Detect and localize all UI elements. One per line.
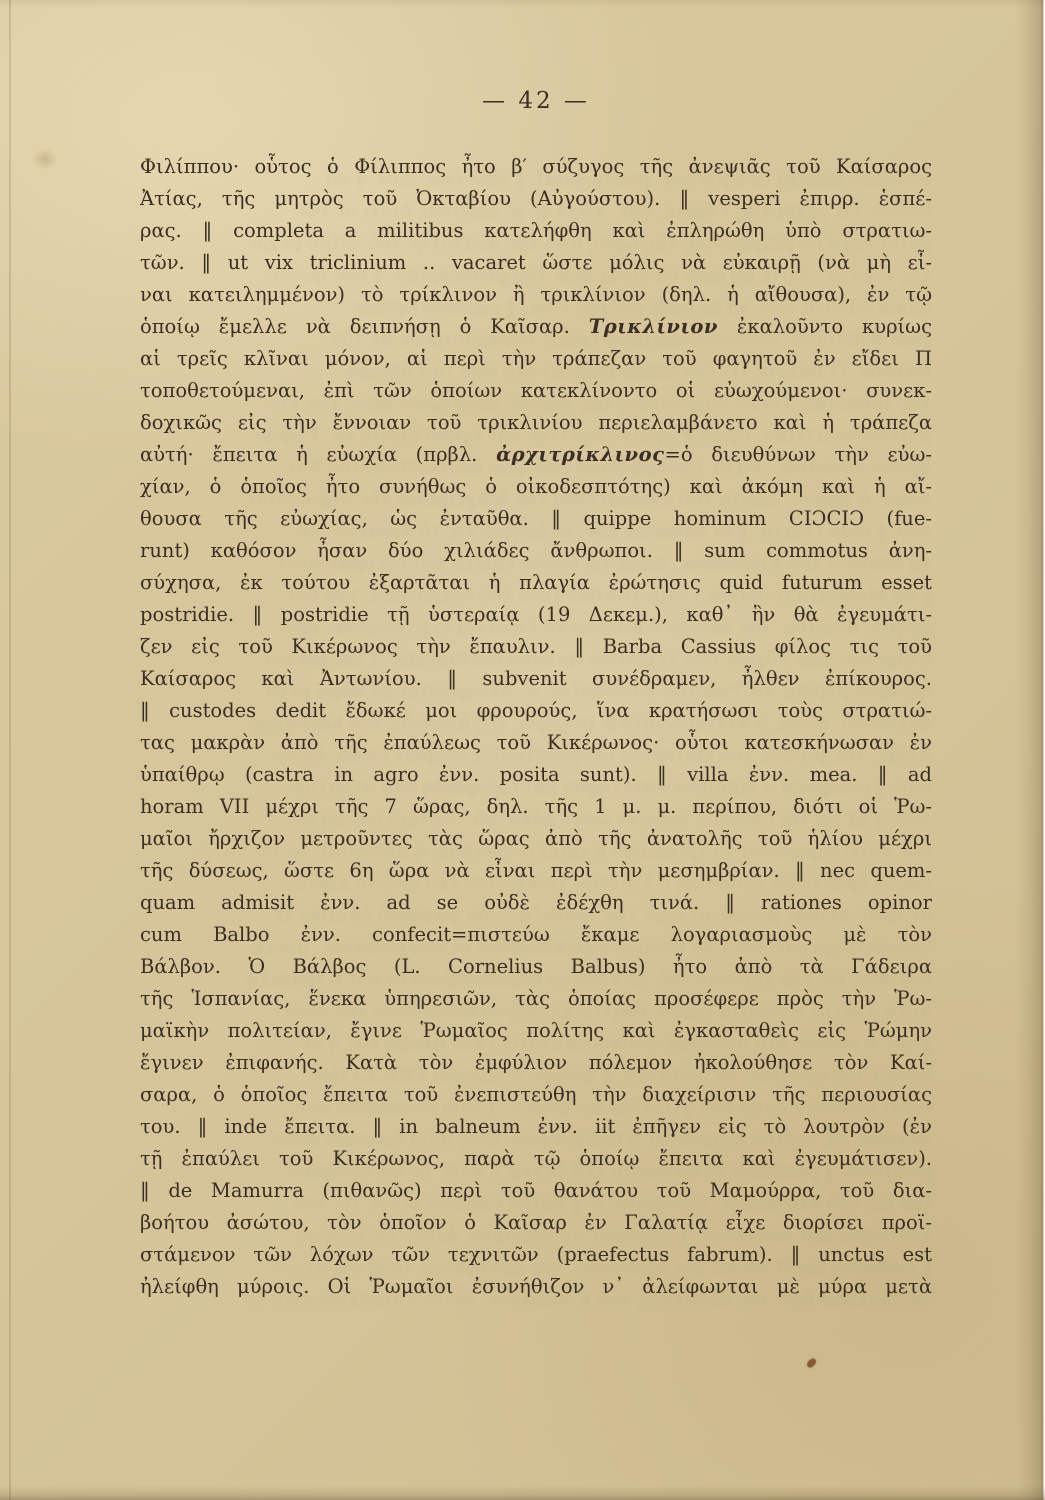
page-top-edge-shadow xyxy=(0,0,1045,8)
text-segment: χίαν, ὁ ὁποῖος ἦτο συνήθως ὁ οἰκοδεσπτότ… xyxy=(140,475,932,498)
text-line: τῶν. ‖ ut vix triclinium .. vacaret ὥστε… xyxy=(140,247,932,279)
text-segment: Ἀτίας, τῆς μητρὸς τοῦ Ὀκταβίου (Αὐγούστο… xyxy=(140,187,932,210)
text-line: σαρα, ὁ ὁποῖος ἔπειτα τοῦ ἐνεπιστεύθη τὴ… xyxy=(140,1079,932,1111)
text-line: σύχησα, ἐκ τούτου ἐξαρτᾶται ἡ πλαγία ἐρώ… xyxy=(140,567,932,599)
text-segment: ρας. ‖ completa a militibus κατελήφθη κα… xyxy=(140,219,932,242)
text-segment: horam VII μέχρι τῆς 7 ὥρας, δηλ. τῆς 1 μ… xyxy=(140,795,932,818)
text-line: του. ‖ inde ἔπειτα. ‖ in balneum ἐνν. ii… xyxy=(140,1111,932,1143)
text-line: θουσα τῆς εὐωχίας, ὡς ἐνταῦθα. ‖ quippe … xyxy=(140,503,932,535)
text-line: τῆς δύσεως, ὥστε 6η ὥρα νὰ εἶναι περὶ τὴ… xyxy=(140,855,932,887)
text-line: μαῖοι ἤρχιζον μετροῦντες τὰς ὥρας ἀπὸ τῆ… xyxy=(140,823,932,855)
book-page: ὑπαίθρῳ (castra in agro ἐνν. posita sunt… xyxy=(0,0,1045,1500)
text-segment: ἠλείφθη μύροις. Οἱ Ῥωμαῖοι ἐσυνήθιζον ν᾽… xyxy=(140,1275,932,1298)
text-segment: ὑπαίθρῳ (castra in agro ἐνν. posita sunt… xyxy=(140,763,932,786)
text-line: αὐτή· ἔπειτα ἡ εὐωχία (πρβλ. ἀρχιτρίκλιν… xyxy=(140,439,932,471)
text-line: βοήτου ἀσώτου, τὸν ὁποῖον ὁ Καῖσαρ ἐν Γα… xyxy=(140,1207,932,1239)
text-segment: αἱ τρεῖς κλῖναι μόνον, αἱ περὶ τὴν τράπε… xyxy=(140,347,932,370)
paper-stain xyxy=(32,148,58,170)
text-segment: ἐκαλοῦντο κυρίως xyxy=(718,315,932,338)
text-segment: runt) καθόσον ἦσαν δύο χιλιάδες ἄνθρωποι… xyxy=(140,539,932,562)
text-segment: Βάλβον. Ὁ Βάλβος (L. Cornelius Balbus) ἦ… xyxy=(140,955,932,978)
text-segment: του. ‖ inde ἔπειτα. ‖ in balneum ἐνν. ii… xyxy=(140,1115,932,1138)
text-segment: ὁποίῳ ἔμελλε νὰ δειπνήσῃ ὁ Καῖσαρ. xyxy=(140,315,589,338)
text-segment: Φιλίππου· οὗτος ὁ Φίλιππος ἦτο β′ σύζυγο… xyxy=(140,155,932,178)
text-segment: μαῖοι ἤρχιζον μετροῦντες τὰς ὥρας ἀπὸ τῆ… xyxy=(140,827,932,850)
text-line: Βάλβον. Ὁ Βάλβος (L. Cornelius Balbus) ἦ… xyxy=(140,951,932,983)
text-segment: τῶν. ‖ ut vix triclinium .. vacaret ὥστε… xyxy=(140,251,932,274)
page-left-crease xyxy=(9,0,11,1500)
text-segment: ‖ custodes dedit ἔδωκέ μοι φρουρούς, ἵνα… xyxy=(140,699,932,722)
text-line: ρας. ‖ completa a militibus κατελήφθη κα… xyxy=(140,215,932,247)
text-line: Καίσαρος καὶ Ἀντωνίου. ‖ subvenit συνέδρ… xyxy=(140,663,932,695)
text-line: τοποθετούμεναι, ἐπὶ τῶν ὁποίων κατεκλίνο… xyxy=(140,375,932,407)
text-line: ‖ de Mamurra (πιθανῶς) περὶ τοῦ θανάτου … xyxy=(140,1175,932,1207)
page-bottom-edge-shadow xyxy=(0,1486,1045,1500)
text-segment: cum Balbo ἐνν. confecit=πιστεύω ἔκαμε λο… xyxy=(140,923,932,946)
text-line: ἔγινεν ἐπιφανής. Κατὰ τὸν ἐμφύλιον πόλεμ… xyxy=(140,1047,932,1079)
text-segment: Καίσαρος καὶ Ἀντωνίου. ‖ subvenit συνέδρ… xyxy=(140,667,932,690)
text-line: ὁποίῳ ἔμελλε νὰ δειπνήσῃ ὁ Καῖσαρ. Τρικλ… xyxy=(140,311,932,343)
text-line: Φιλίππου· οὗτος ὁ Φίλιππος ἦτο β′ σύζυγο… xyxy=(140,151,932,183)
text-line: ὑπαίθρῳ (castra in agro ἐνν. posita sunt… xyxy=(140,759,932,791)
text-segment: ζεν εἰς τοῦ Κικέρωνος τὴν ἔπαυλιν. ‖ Bar… xyxy=(140,635,932,658)
text-segment: τοποθετούμεναι, ἐπὶ τῶν ὁποίων κατεκλίνο… xyxy=(140,379,932,402)
text-segment: ναι κατειλημμένον) τὸ τρίκλινον ἢ τρικλί… xyxy=(140,283,932,306)
text-segment: quam admisit ἐνν. ad se οὐδὲ ἐδέχθη τινά… xyxy=(140,891,932,914)
text-line: Ἀτίας, τῆς μητρὸς τοῦ Ὀκταβίου (Αὐγούστο… xyxy=(140,183,932,215)
text-line: τῇ ἐπαύλει τοῦ Κικέρωνος, παρὰ τῷ ὁποίῳ … xyxy=(140,1143,932,1175)
text-line: τας μακρὰν ἀπὸ τῆς ἐπαύλεως τοῦ Κικέρωνο… xyxy=(140,727,932,759)
text-line: ‖ custodes dedit ἔδωκέ μοι φρουρούς, ἵνα… xyxy=(140,695,932,727)
paper-speck xyxy=(806,1357,817,1369)
text-line: χίαν, ὁ ὁποῖος ἦτο συνήθως ὁ οἰκοδεσπτότ… xyxy=(140,471,932,503)
page-number: — 42 — xyxy=(140,88,932,114)
text-line: runt) καθόσον ἦσαν δύο χιλιάδες ἄνθρωποι… xyxy=(140,535,932,567)
text-line: ἠλείφθη μύροις. Οἱ Ῥωμαῖοι ἐσυνήθιζον ν᾽… xyxy=(140,1271,932,1303)
text-segment: ἔγινεν ἐπιφανής. Κατὰ τὸν ἐμφύλιον πόλεμ… xyxy=(140,1051,932,1074)
text-segment: postridie. ‖ postridie τῇ ὑστεραίᾳ (19 Δ… xyxy=(140,603,932,626)
text-segment: τας μακρὰν ἀπὸ τῆς ἐπαύλεως τοῦ Κικέρωνο… xyxy=(140,731,932,754)
text-line: quam admisit ἐνν. ad se οὐδὲ ἐδέχθη τινά… xyxy=(140,887,932,919)
lemma-bold: ἀρχιτρίκλινος xyxy=(496,443,664,466)
text-segment: τῆς Ἱσπανίας, ἕνεκα ὑπηρεσιῶν, τὰς ὁποία… xyxy=(140,987,932,1010)
text-segment: ‖ de Mamurra (πιθανῶς) περὶ τοῦ θανάτου … xyxy=(140,1179,932,1202)
lemma-bold: Τρικλίνιον xyxy=(589,315,718,338)
text-line: cum Balbo ἐνν. confecit=πιστεύω ἔκαμε λο… xyxy=(140,919,932,951)
text-line: μαϊκὴν πολιτείαν, ἔγινε Ῥωμαῖος πολίτης … xyxy=(140,1015,932,1047)
text-segment: αὐτή· ἔπειτα ἡ εὐωχία (πρβλ. xyxy=(140,443,496,466)
text-segment: σύχησα, ἐκ τούτου ἐξαρτᾶται ἡ πλαγία ἐρώ… xyxy=(140,571,932,594)
text-segment: =ὁ διευθύνων τὴν εὐω- xyxy=(664,443,932,466)
text-segment: στάμενον τῶν λόχων τῶν τεχνιτῶν (praefec… xyxy=(140,1243,932,1266)
text-line: ζεν εἰς τοῦ Κικέρωνος τὴν ἔπαυλιν. ‖ Bar… xyxy=(140,631,932,663)
page-right-edge xyxy=(1015,0,1045,1500)
text-segment: τῇ ἐπαύλει τοῦ Κικέρωνος, παρὰ τῷ ὁποίῳ … xyxy=(140,1147,932,1170)
text-segment: σαρα, ὁ ὁποῖος ἔπειτα τοῦ ἐνεπιστεύθη τὴ… xyxy=(140,1083,932,1106)
text-line: horam VII μέχρι τῆς 7 ὥρας, δηλ. τῆς 1 μ… xyxy=(140,791,932,823)
text-segment: βοήτου ἀσώτου, τὸν ὁποῖον ὁ Καῖσαρ ἐν Γα… xyxy=(140,1211,932,1234)
text-line: δοχικῶς εἰς τὴν ἔννοιαν τοῦ τρικλινίου π… xyxy=(140,407,932,439)
text-line: τῆς Ἱσπανίας, ἕνεκα ὑπηρεσιῶν, τὰς ὁποία… xyxy=(140,983,932,1015)
text-segment: τῆς δύσεως, ὥστε 6η ὥρα νὰ εἶναι περὶ τὴ… xyxy=(140,859,932,882)
text-line: αἱ τρεῖς κλῖναι μόνον, αἱ περὶ τὴν τράπε… xyxy=(140,343,932,375)
text-line: postridie. ‖ postridie τῇ ὑστεραίᾳ (19 Δ… xyxy=(140,599,932,631)
text-segment: θουσα τῆς εὐωχίας, ὡς ἐνταῦθα. ‖ quippe … xyxy=(140,507,932,530)
text-segment: μαϊκὴν πολιτείαν, ἔγινε Ῥωμαῖος πολίτης … xyxy=(140,1019,932,1042)
page-text: Φιλίππου· οὗτος ὁ Φίλιππος ἦτο β′ σύζυγο… xyxy=(140,151,932,1303)
text-line: ναι κατειλημμένον) τὸ τρίκλινον ἢ τρικλί… xyxy=(140,279,932,311)
text-line: στάμενον τῶν λόχων τῶν τεχνιτῶν (praefec… xyxy=(140,1239,932,1271)
text-segment: δοχικῶς εἰς τὴν ἔννοιαν τοῦ τρικλινίου π… xyxy=(140,411,932,434)
